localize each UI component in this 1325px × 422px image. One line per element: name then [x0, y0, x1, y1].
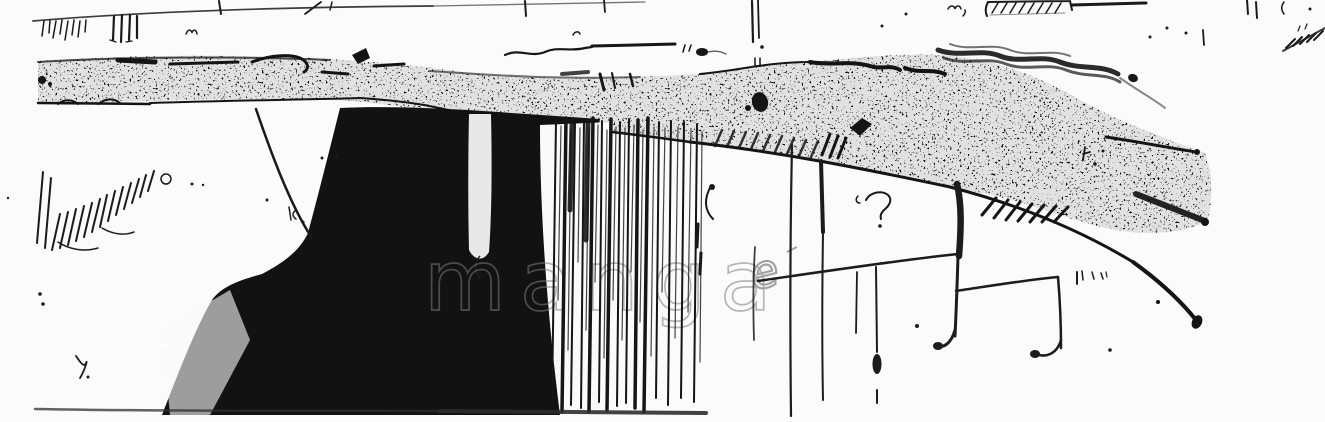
- fence-post-d: [856, 272, 857, 333]
- fence-post-b: [821, 161, 823, 232]
- manga-panel: manga e: [0, 0, 1325, 422]
- manga-panel-drawing: manga e: [0, 0, 1325, 422]
- fence-post-heavy: [957, 184, 961, 256]
